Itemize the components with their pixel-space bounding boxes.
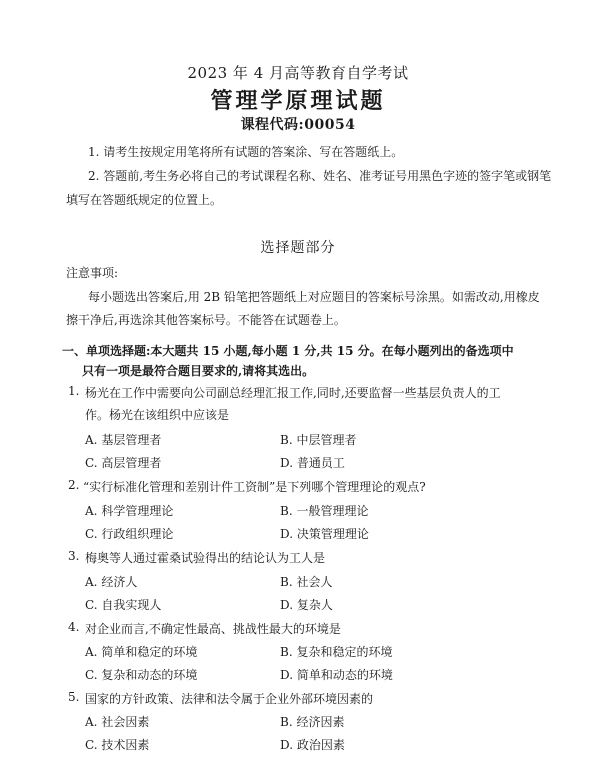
option-text: 经济人 [101, 575, 137, 589]
question-4-stem: 对企业而言,不确定性最高、挑战性最大的环境是 [85, 620, 341, 637]
option-text: 一般管理理论 [296, 504, 368, 518]
part-one-heading: 一、单项选择题:本大题共 15 小题,每小题 1 分,共 15 分。在每小题列出… [62, 342, 514, 359]
question-5-number: 5. [68, 690, 79, 704]
option-text: 社会人 [296, 575, 332, 589]
option-label: B. [280, 575, 293, 589]
option-text: 高层管理者 [101, 456, 161, 470]
option-label: A. [85, 715, 97, 729]
option-label: D. [280, 598, 293, 612]
option-text: 社会因素 [101, 715, 149, 729]
option-text: 复杂和动态的环境 [101, 668, 197, 682]
q4-option-b: B. 复杂和稳定的环境 [280, 643, 392, 660]
option-text: 行政组织理论 [101, 527, 173, 541]
section-title: 选择题部分 [0, 237, 596, 257]
question-2-stem: “实行标准化管理和差别计件工资制”是下列哪个管理理论的观点? [83, 478, 426, 495]
question-4-number: 4. [68, 620, 79, 634]
question-1-number: 1. [68, 384, 79, 398]
option-label: A. [85, 504, 97, 518]
option-label: B. [280, 504, 293, 518]
option-text: 简单和动态的环境 [297, 668, 393, 682]
notice-line-1: 每小题选出答案后,用 2B 铅笔把答题纸上对应题目的答案标号涂黑。如需改动,用橡… [88, 288, 540, 305]
subject-title: 管理学原理试题 [0, 84, 596, 115]
option-label: A. [85, 433, 97, 447]
q1-option-d: D. 普通员工 [280, 454, 345, 471]
option-label: A. [85, 645, 97, 659]
question-5-stem: 国家的方针政策、法律和法令属于企业外部环境因素的 [85, 690, 373, 707]
q3-option-a: A. 经济人 [85, 573, 137, 590]
option-label: B. [280, 715, 293, 729]
q4-option-c: C. 复杂和动态的环境 [85, 666, 197, 683]
option-text: 普通员工 [297, 456, 345, 470]
option-label: C. [85, 598, 98, 612]
q2-option-d: D. 决策管理理论 [280, 525, 369, 542]
notice-label: 注意事项: [66, 264, 118, 281]
option-text: 科学管理理论 [101, 504, 173, 518]
question-2-number: 2. [68, 478, 79, 492]
option-label: A. [85, 575, 97, 589]
course-code: 课程代码:00054 [0, 114, 596, 134]
q1-option-a: A. 基层管理者 [85, 431, 161, 448]
option-label: D. [280, 456, 293, 470]
option-text: 决策管理理论 [297, 527, 369, 541]
q4-option-d: D. 简单和动态的环境 [280, 666, 393, 683]
option-text: 技术因素 [101, 738, 149, 752]
q2-option-a: A. 科学管理理论 [85, 502, 173, 519]
option-label: B. [280, 433, 293, 447]
option-label: D. [280, 527, 293, 541]
q2-option-c: C. 行政组织理论 [85, 525, 173, 542]
part-one-heading-cont: 只有一项是最符合题目要求的,请将其选出。 [82, 362, 314, 379]
q3-option-d: D. 复杂人 [280, 596, 333, 613]
option-label: C. [85, 668, 98, 682]
option-label: C. [85, 527, 98, 541]
question-1-stem: 杨光在工作中需要向公司副总经理汇报工作,同时,还要监督一些基层负责人的工 [85, 384, 501, 401]
q5-option-a: A. 社会因素 [85, 713, 149, 730]
q1-option-b: B. 中层管理者 [280, 431, 356, 448]
q1-option-c: C. 高层管理者 [85, 454, 161, 471]
option-text: 中层管理者 [296, 433, 356, 447]
option-text: 简单和稳定的环境 [101, 645, 197, 659]
instruction-2-cont: 填写在答题纸规定的位置上。 [66, 191, 222, 208]
option-label: D. [280, 668, 293, 682]
q3-option-b: B. 社会人 [280, 573, 332, 590]
instruction-1: 1. 请考生按规定用笔将所有试题的答案涂、写在答题纸上。 [88, 143, 403, 160]
option-text: 基层管理者 [101, 433, 161, 447]
notice-line-2: 擦干净后,再选涂其他答案标号。不能答在试题卷上。 [66, 311, 346, 328]
q5-option-d: D. 政治因素 [280, 736, 345, 753]
option-text: 经济因素 [296, 715, 344, 729]
q5-option-b: B. 经济因素 [280, 713, 344, 730]
option-text: 政治因素 [297, 738, 345, 752]
question-1-stem-cont: 作。杨光在该组织中应该是 [85, 406, 229, 423]
exam-page: 2023 年 4 月高等教育自学考试 管理学原理试题 课程代码:00054 1.… [0, 0, 596, 782]
exam-session-title: 2023 年 4 月高等教育自学考试 [0, 62, 596, 83]
question-3-stem: 梅奥等人通过霍桑试验得出的结论认为工人是 [85, 549, 325, 566]
option-text: 复杂人 [297, 598, 333, 612]
option-label: C. [85, 738, 98, 752]
option-text: 自我实现人 [101, 598, 161, 612]
q4-option-a: A. 简单和稳定的环境 [85, 643, 197, 660]
q2-option-b: B. 一般管理理论 [280, 502, 368, 519]
option-label: B. [280, 645, 293, 659]
q5-option-c: C. 技术因素 [85, 736, 149, 753]
option-label: D. [280, 738, 293, 752]
instruction-2: 2. 答题前,考生务必将自己的考试课程名称、姓名、准考证号用黑色字迹的签字笔或钢… [88, 167, 551, 184]
option-label: C. [85, 456, 98, 470]
option-text: 复杂和稳定的环境 [296, 645, 392, 659]
q3-option-c: C. 自我实现人 [85, 596, 161, 613]
question-3-number: 3. [68, 549, 79, 563]
